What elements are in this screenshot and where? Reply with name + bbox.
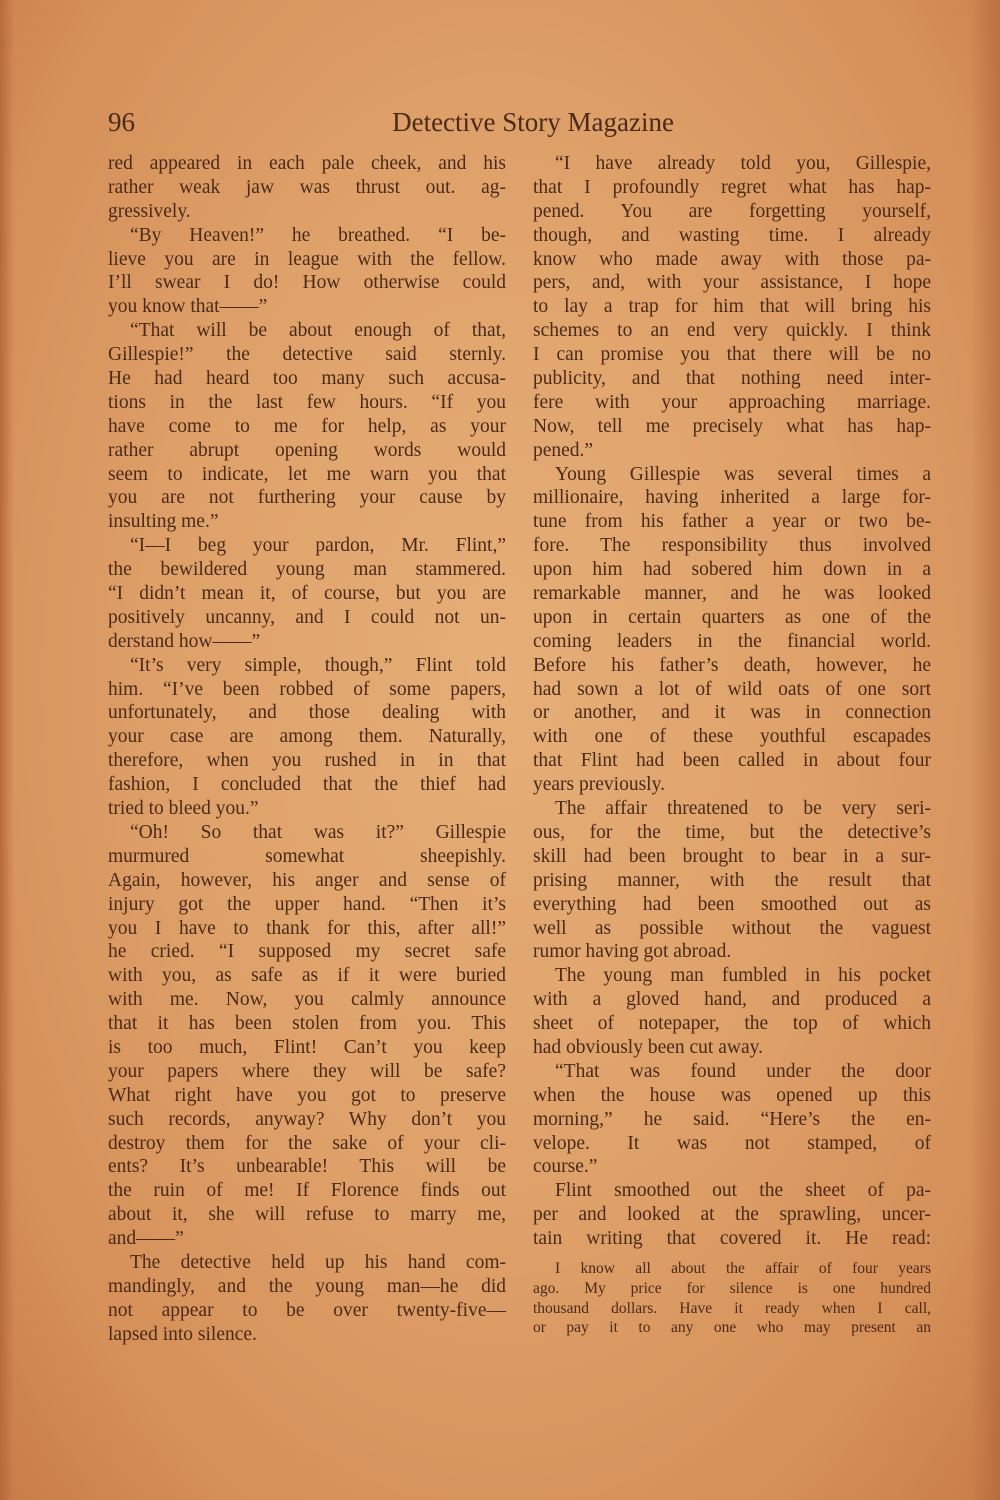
text-line: red appeared in each pale cheek, and his: [108, 152, 506, 176]
letter-line: ago. My price for silence is one hundred: [533, 1279, 931, 1299]
text-line: The detective held up his hand com-: [108, 1251, 506, 1275]
text-line: years previously.: [533, 773, 931, 797]
text-line: rumor having got abroad.: [533, 940, 931, 964]
text-line: I’ll swear I do! How otherwise could: [108, 271, 506, 295]
text-line: everything had been smoothed out as: [533, 893, 931, 917]
letter-line: thousand dollars. Have it ready when I c…: [533, 1299, 931, 1319]
text-line: know who made away with those pa-: [533, 248, 931, 272]
letter-line: I know all about the affair of four year…: [533, 1259, 931, 1279]
text-line: pened.”: [533, 439, 931, 463]
text-line: Flint smoothed out the sheet of pa-: [533, 1179, 931, 1203]
text-line: though, and wasting time. I already: [533, 224, 931, 248]
text-line: rather weak jaw was thrust out. ag-: [108, 176, 506, 200]
text-line: sheet of notepaper, the top of which: [533, 1012, 931, 1036]
text-line: your papers where they will be safe?: [108, 1060, 506, 1084]
text-line: you know that——”: [108, 295, 506, 319]
text-line: derstand how——”: [108, 630, 506, 654]
text-line: unfortunately, and those dealing with: [108, 701, 506, 725]
text-line: insulting me.”: [108, 510, 506, 534]
text-line: schemes to an end very quickly. I think: [533, 319, 931, 343]
text-line: with you, as safe as if it were buried: [108, 964, 506, 988]
text-line: with me. Now, you calmly announce: [108, 988, 506, 1012]
text-line: morning,” he said. “Here’s the en-: [533, 1108, 931, 1132]
text-line: Now, tell me precisely what has hap-: [533, 415, 931, 439]
text-line: well as possible without the vaguest: [533, 917, 931, 941]
text-line: have come to me for help, as your: [108, 415, 506, 439]
text-line: your case are among them. Naturally,: [108, 725, 506, 749]
text-line: lapsed into silence.: [108, 1323, 506, 1347]
text-line: destroy them for the sake of your cli-: [108, 1132, 506, 1156]
text-line: that I profoundly regret what has hap-: [533, 176, 931, 200]
text-line: prising manner, with the result that: [533, 869, 931, 893]
text-line: seem to indicate, let me warn you that: [108, 463, 506, 487]
text-line: “Oh! So that was it?” Gillespie: [108, 821, 506, 845]
text-line: not appear to be over twenty-five—: [108, 1299, 506, 1323]
quoted-letter: I know all about the affair of four year…: [533, 1259, 931, 1338]
text-line: to lay a trap for him that will bring hi…: [533, 295, 931, 319]
text-line: fere with your approaching marriage.: [533, 391, 931, 415]
text-line: tain writing that covered it. He read:: [533, 1227, 931, 1251]
text-line: with one of these youthful escapades: [533, 725, 931, 749]
text-line: the bewildered young man stammered.: [108, 558, 506, 582]
text-line: upon him had sobered him down in a: [533, 558, 931, 582]
text-line: “That will be about enough of that,: [108, 319, 506, 343]
text-line: millionaire, having inherited a large fo…: [533, 486, 931, 510]
text-line: “By Heaven!” he breathed. “I be-: [108, 224, 506, 248]
text-line: Gillespie!” the detective said sternly.: [108, 343, 506, 367]
text-line: him. “I’ve been robbed of some papers,: [108, 678, 506, 702]
text-line: pers, and, with your assistance, I hope: [533, 271, 931, 295]
text-line: I can promise you that there will be no: [533, 343, 931, 367]
text-column-left: red appeared in each pale cheek, and his…: [108, 152, 506, 1347]
text-line: Before his father’s death, however, he: [533, 654, 931, 678]
text-line: fashion, I concluded that the thief had: [108, 773, 506, 797]
page-number: 96: [108, 104, 135, 140]
text-line: ents? It’s unbearable! This will be: [108, 1155, 506, 1179]
text-line: “I didn’t mean it, of course, but you ar…: [108, 582, 506, 606]
text-line: tried to bleed you.”: [108, 797, 506, 821]
text-line: coming leaders in the financial world.: [533, 630, 931, 654]
text-line: What right have you got to preserve: [108, 1084, 506, 1108]
text-line: the ruin of me! If Florence finds out: [108, 1179, 506, 1203]
page-edge-right: [970, 0, 1000, 1500]
text-line: injury got the upper hand. “Then it’s: [108, 893, 506, 917]
running-title: Detective Story Magazine: [392, 104, 674, 140]
text-line: per and looked at the sprawling, uncer-: [533, 1203, 931, 1227]
text-line: “I have already told you, Gillespie,: [533, 152, 931, 176]
text-line: he cried. “I supposed my secret safe: [108, 940, 506, 964]
text-line: that Flint had been called in about four: [533, 749, 931, 773]
text-line: remarkable manner, and he was looked: [533, 582, 931, 606]
text-line: and——”: [108, 1227, 506, 1251]
text-line: lieve you are in league with the fellow.: [108, 248, 506, 272]
text-line: The young man fumbled in his pocket: [533, 964, 931, 988]
text-line: had sown a lot of wild oats of one sort: [533, 678, 931, 702]
text-line: He had heard too many such accusa-: [108, 367, 506, 391]
text-line: you I have to thank for this, after all!…: [108, 917, 506, 941]
text-line: Again, however, his anger and sense of: [108, 869, 506, 893]
text-line: tions in the last few hours. “If you: [108, 391, 506, 415]
text-line: when the house was opened up this: [533, 1084, 931, 1108]
text-line: skill had been brought to bear in a sur-: [533, 845, 931, 869]
text-line: publicity, and that nothing need inter-: [533, 367, 931, 391]
text-line: velope. It was not stamped, of: [533, 1132, 931, 1156]
text-line: you are not furthering your cause by: [108, 486, 506, 510]
text-line: or another, and it was in connection: [533, 701, 931, 725]
text-line: course.”: [533, 1155, 931, 1179]
text-line: tune from his father a year or two be-: [533, 510, 931, 534]
text-line: upon in certain quarters as one of the: [533, 606, 931, 630]
text-line: therefore, when you rushed in in that: [108, 749, 506, 773]
text-line: ous, for the time, but the detective’s: [533, 821, 931, 845]
text-line: with a gloved hand, and produced a: [533, 988, 931, 1012]
text-line: that it has been stolen from you. This: [108, 1012, 506, 1036]
text-line: about it, she will refuse to marry me,: [108, 1203, 506, 1227]
text-line: “That was found under the door: [533, 1060, 931, 1084]
text-column-right: “I have already told you, Gillespie,that…: [533, 152, 931, 1338]
letter-line: or pay it to any one who may present an: [533, 1318, 931, 1338]
text-line: murmured somewhat sheepishly.: [108, 845, 506, 869]
page-header: 96 Detective Story Magazine: [108, 104, 674, 140]
text-line: Young Gillespie was several times a: [533, 463, 931, 487]
text-line: The affair threatened to be very seri-: [533, 797, 931, 821]
text-line: rather abrupt opening words would: [108, 439, 506, 463]
text-line: mandingly, and the young man—he did: [108, 1275, 506, 1299]
text-line: fore. The responsibility thus involved: [533, 534, 931, 558]
text-line: is too much, Flint! Can’t you keep: [108, 1036, 506, 1060]
text-line: “I—I beg your pardon, Mr. Flint,”: [108, 534, 506, 558]
text-column-right-body: “I have already told you, Gillespie,that…: [533, 152, 931, 1251]
text-line: had obviously been cut away.: [533, 1036, 931, 1060]
text-line: such records, anyway? Why don’t you: [108, 1108, 506, 1132]
page-edge-left: [0, 0, 14, 1500]
text-line: positively uncanny, and I could not un-: [108, 606, 506, 630]
text-line: gressively.: [108, 200, 506, 224]
text-line: “It’s very simple, though,” Flint told: [108, 654, 506, 678]
text-line: pened. You are forgetting yourself,: [533, 200, 931, 224]
